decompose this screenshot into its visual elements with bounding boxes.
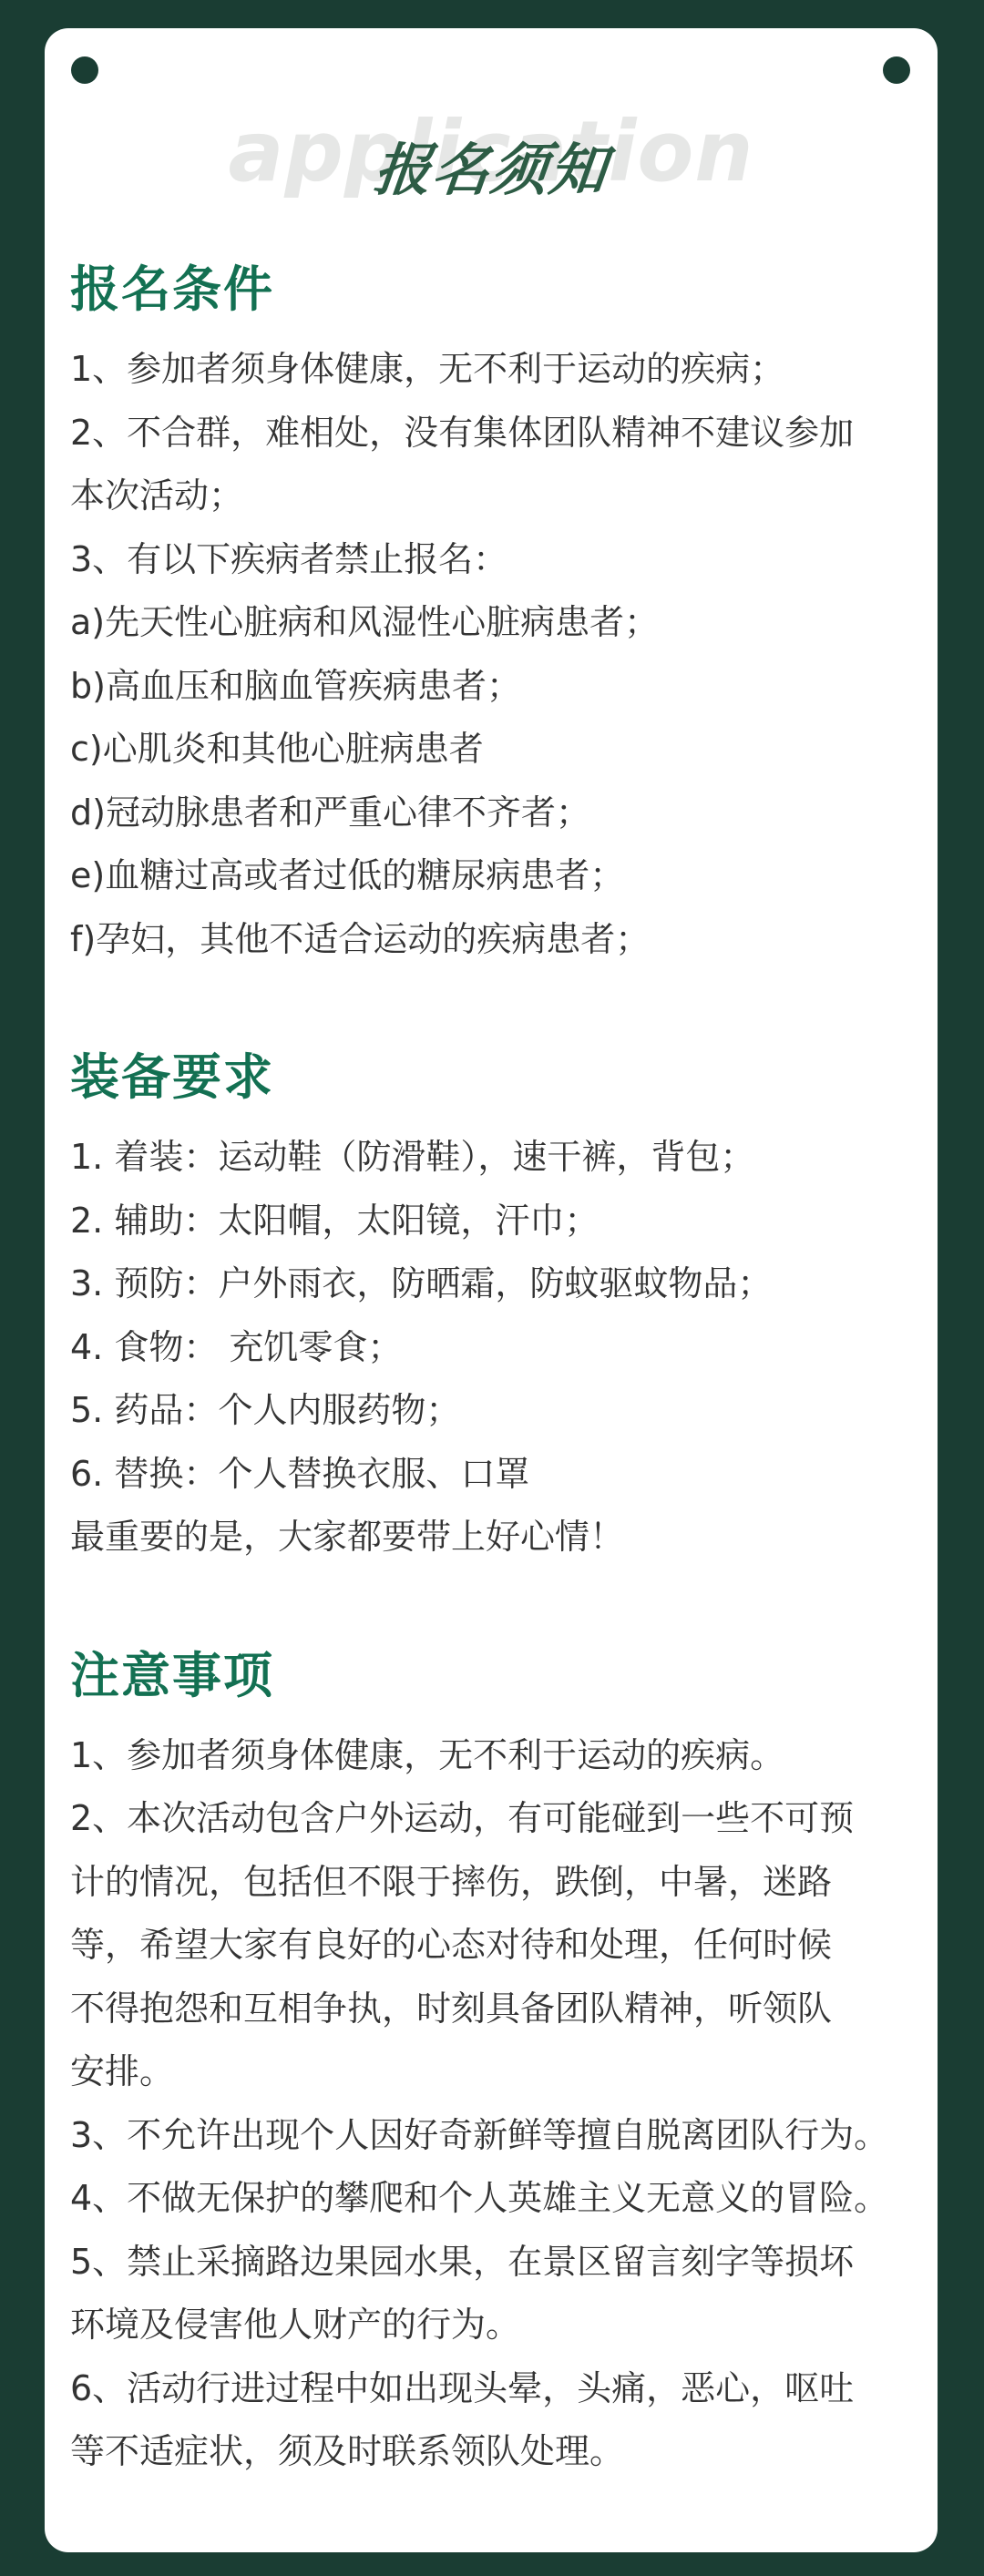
header: application 报名须知: [45, 101, 938, 220]
list-item: 环境及侵害他人财产的行为。: [70, 2294, 927, 2357]
page-title: 报名须知: [41, 134, 941, 207]
section-notes: 注意事项 1、参加者须身体健康，无不利于运动的疾病。 2、本次活动包含户外运动，…: [70, 1644, 927, 2484]
list-item: e)血糖过高或者过低的糖尿病患者；: [70, 844, 927, 908]
list-item: 5、禁止采摘路边果园水果，在景区留言刻字等损坏: [70, 2231, 927, 2295]
list-item: 3、不允许出现个人因好奇新鲜等擅自脱离团队行为。: [70, 2104, 927, 2168]
list-item: 3. 预防：户外雨衣，防晒霜，防蚊驱蚊物品；: [70, 1252, 927, 1316]
list-item: 1. 着装：运动鞋（防滑鞋），速干裤，背包；: [70, 1126, 927, 1190]
list-item: 计的情况，包括但不限于摔伤，跌倒，中暑，迷路: [70, 1851, 927, 1915]
list-item: 安排。: [70, 2040, 927, 2104]
list-item: 1、参加者须身体健康，无不利于运动的疾病；: [70, 338, 927, 402]
list-item: 本次活动；: [70, 465, 927, 528]
list-item: 2、不合群，难相处，没有集体团队精神不建议参加: [70, 402, 927, 465]
section-equipment: 装备要求 1. 着装：运动鞋（防滑鞋），速干裤，背包； 2. 辅助：太阳帽，太阳…: [70, 1046, 927, 1569]
section-requirements: 报名条件 1、参加者须身体健康，无不利于运动的疾病； 2、不合群，难相处，没有集…: [70, 258, 927, 971]
section-title: 注意事项: [70, 1644, 927, 1708]
section-title: 报名条件: [70, 258, 927, 322]
list-item: 1、参加者须身体健康，无不利于运动的疾病。: [70, 1724, 927, 1788]
list-item: 5. 药品：个人内服药物；: [70, 1379, 927, 1443]
list-item: 6. 替换：个人替换衣服、口罩: [70, 1443, 927, 1507]
list-item: d)冠动脉患者和严重心律不齐者；: [70, 782, 927, 845]
list-item: f)孕妇，其他不适合运动的疾病患者；: [70, 908, 927, 972]
list-item: 等不适症状，须及时联系领队处理。: [70, 2420, 927, 2484]
list-item: 4. 食物： 充饥零食；: [70, 1316, 927, 1380]
list-item: 2. 辅助：太阳帽，太阳镜，汗巾；: [70, 1190, 927, 1253]
punch-hole-right-icon: [883, 56, 910, 84]
list-item: 最重要的是，大家都要带上好心情！: [70, 1506, 927, 1569]
list-item: 6、活动行进过程中如出现头晕，头痛，恶心，呕吐: [70, 2357, 927, 2421]
punch-hole-left-icon: [71, 56, 98, 84]
section-title: 装备要求: [70, 1046, 927, 1109]
content: 报名条件 1、参加者须身体健康，无不利于运动的疾病； 2、不合群，难相处，没有集…: [70, 258, 927, 2484]
list-item: 3、有以下疾病者禁止报名：: [70, 528, 927, 592]
notice-card: application 报名须知 报名条件 1、参加者须身体健康，无不利于运动的…: [45, 28, 938, 2552]
list-item: c)心肌炎和其他心脏病患者: [70, 718, 927, 782]
list-item: 不得抱怨和互相争执，时刻具备团队精神，听领队: [70, 1978, 927, 2041]
list-item: 2、本次活动包含户外运动，有可能碰到一些不可预: [70, 1787, 927, 1851]
list-item: 等，希望大家有良好的心态对待和处理，任何时候: [70, 1914, 927, 1978]
list-item: a)先天性心脏病和风湿性心脏病患者；: [70, 591, 927, 655]
list-item: 4、不做无保护的攀爬和个人英雄主义无意义的冒险。: [70, 2167, 927, 2231]
list-item: b)高血压和脑血管疾病患者；: [70, 655, 927, 719]
